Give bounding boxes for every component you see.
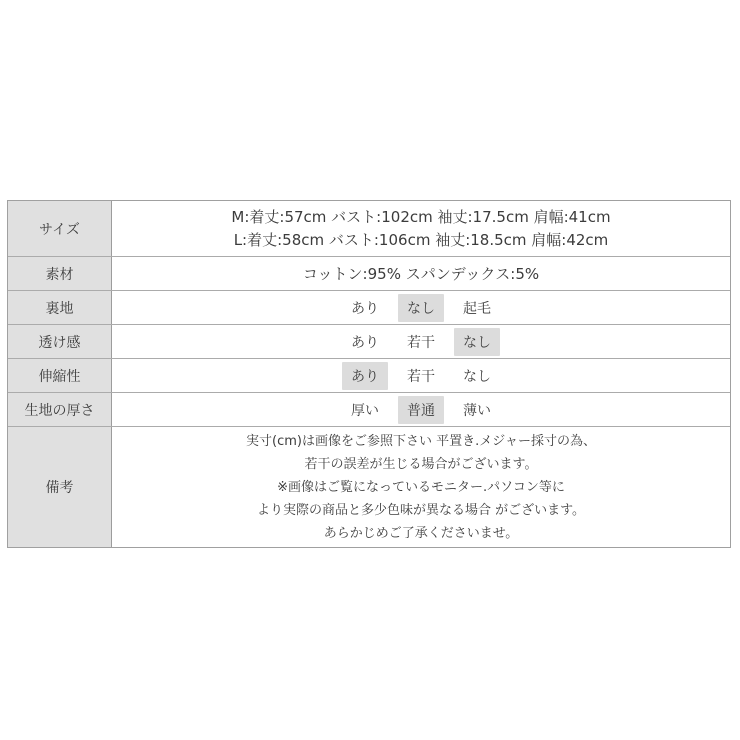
notes-line-3: ※画像はご覧になっているモニター.パソコン等に: [277, 476, 565, 499]
row-label-sheerness: 透け感: [8, 325, 112, 358]
table-row-thickness: 生地の厚さ 厚い 普通 薄い: [8, 392, 730, 426]
notes-line-1: 実寸(cm)は画像をご参照下さい 平置き.メジャー採寸の為、: [246, 430, 596, 453]
table-row-sheerness: 透け感 あり 若干 なし: [8, 324, 730, 358]
row-value-lining: あり なし 起毛: [112, 291, 730, 324]
row-value-thickness: 厚い 普通 薄い: [112, 393, 730, 426]
option-stretch-jakkan: 若干: [398, 362, 444, 390]
row-label-material: 素材: [8, 257, 112, 290]
row-value-stretch: あり 若干 なし: [112, 359, 730, 392]
row-value-size: M:着丈:57cm バスト:102cm 袖丈:17.5cm 肩幅:41cm L:…: [112, 201, 730, 256]
option-thick-futsuu: 普通: [398, 396, 444, 424]
table-row-size: サイズ M:着丈:57cm バスト:102cm 袖丈:17.5cm 肩幅:41c…: [8, 201, 730, 256]
option-lining-kimo: 起毛: [454, 294, 500, 322]
size-line-m: M:着丈:57cm バスト:102cm 袖丈:17.5cm 肩幅:41cm: [231, 206, 610, 229]
table-row-material: 素材 コットン:95% スパンデックス:5%: [8, 256, 730, 290]
table-row-notes: 備考 実寸(cm)は画像をご参照下さい 平置き.メジャー採寸の為、 若干の誤差が…: [8, 426, 730, 547]
option-thick-usui: 薄い: [454, 396, 500, 424]
option-stretch-nashi: なし: [454, 362, 500, 390]
option-stretch-ari: あり: [342, 362, 388, 390]
option-sheer-nashi: なし: [454, 328, 500, 356]
option-sheer-ari: あり: [342, 328, 388, 356]
row-label-thickness: 生地の厚さ: [8, 393, 112, 426]
row-label-stretch: 伸縮性: [8, 359, 112, 392]
row-label-notes: 備考: [8, 427, 112, 547]
option-lining-ari: あり: [342, 294, 388, 322]
row-value-material: コットン:95% スパンデックス:5%: [112, 257, 730, 290]
notes-line-2: 若干の誤差が生じる場合がございます。: [305, 453, 538, 476]
product-spec-table: サイズ M:着丈:57cm バスト:102cm 袖丈:17.5cm 肩幅:41c…: [7, 200, 731, 548]
material-text: コットン:95% スパンデックス:5%: [303, 263, 539, 284]
notes-line-4: より実際の商品と多少色味が異なる場合 がございます。: [257, 499, 585, 522]
table-row-lining: 裏地 あり なし 起毛: [8, 290, 730, 324]
row-value-sheerness: あり 若干 なし: [112, 325, 730, 358]
option-thick-atsui: 厚い: [342, 396, 388, 424]
option-sheer-jakkan: 若干: [398, 328, 444, 356]
notes-line-5: あらかじめご了承くださいませ。: [324, 522, 519, 545]
size-line-l: L:着丈:58cm バスト:106cm 袖丈:18.5cm 肩幅:42cm: [234, 229, 609, 252]
table-row-stretch: 伸縮性 あり 若干 なし: [8, 358, 730, 392]
row-value-notes: 実寸(cm)は画像をご参照下さい 平置き.メジャー採寸の為、 若干の誤差が生じる…: [112, 427, 730, 547]
row-label-size: サイズ: [8, 201, 112, 256]
row-label-lining: 裏地: [8, 291, 112, 324]
option-lining-nashi: なし: [398, 294, 444, 322]
